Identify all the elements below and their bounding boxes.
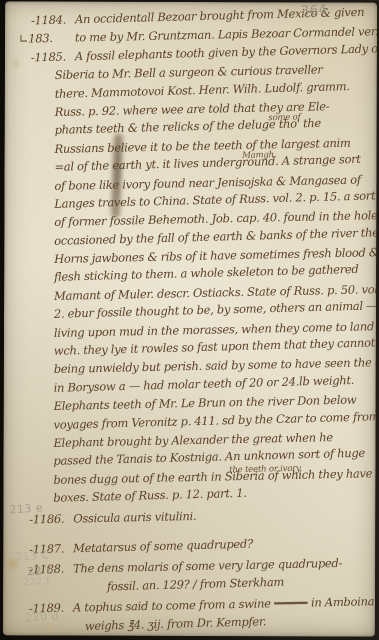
pencil-annotation: 364 bbox=[301, 3, 328, 20]
manuscript-photo: -1184.An occidentall Bezoar brought from… bbox=[0, 0, 379, 640]
interlinear-insertion: Mamgh. bbox=[242, 146, 277, 165]
pencil-annotation: 213 C bbox=[15, 548, 50, 563]
manuscript-line: -1186.Ossicula auris vitulini. bbox=[29, 503, 371, 529]
entry-number: -1184. bbox=[31, 10, 75, 30]
pencil-annotation: 222 f bbox=[23, 576, 51, 589]
entry-number: -1185. bbox=[31, 47, 75, 67]
pencil-annotation: 213 e bbox=[9, 501, 44, 516]
manuscript-page: -1184.An occidentall Bezoar brought from… bbox=[3, 1, 377, 636]
entry-number: ∟183. bbox=[19, 29, 75, 49]
interlinear-insertion: the teeth or ivory bbox=[229, 460, 301, 480]
pencil-annotation: 220 d bbox=[25, 609, 60, 624]
manuscript-lines: -1184.An occidentall Bezoar brought from… bbox=[3, 1, 377, 636]
interlinear-insertion: some of bbox=[268, 109, 301, 128]
struck-word: ——— bbox=[274, 596, 308, 611]
